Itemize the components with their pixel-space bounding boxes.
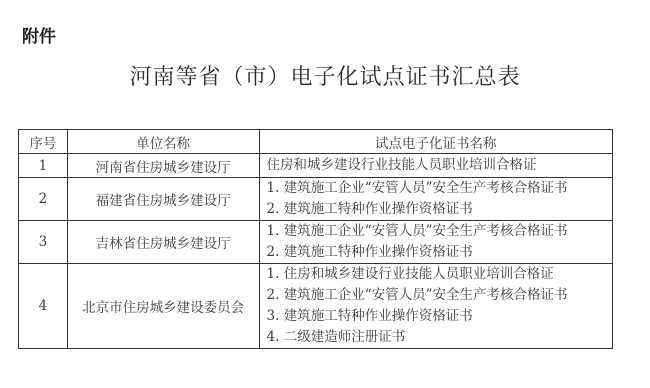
unit-name: 北京市住房城乡建设委员会: [67, 264, 259, 349]
certificate-item: 2. 建筑施工企业“安管人员”安全生产考核合格证书: [267, 285, 612, 306]
table-row: 4 北京市住房城乡建设委员会 1. 住房和城乡建设行业技能人员职业培训合格证 2…: [19, 264, 613, 349]
certificate-item: 3. 建筑施工特种作业操作资格证书: [267, 306, 612, 327]
header-serial-number: 序号: [19, 130, 68, 154]
table-row: 1 河南省住房城乡建设厅 住房和城乡建设行业技能人员职业培训合格证: [19, 154, 613, 178]
serial-number: 4: [19, 264, 68, 349]
table-header-row: 序号 单位名称 试点电子化证书名称: [19, 130, 613, 154]
header-certificate-name: 试点电子化证书名称: [259, 130, 612, 154]
certificate-item: 4. 二级建造师注册证书: [267, 327, 612, 348]
attachment-label: 附件: [22, 22, 56, 47]
table-row: 2 福建省住房城乡建设厅 1. 建筑施工企业“安管人员”安全生产考核合格证书 2…: [19, 178, 613, 221]
certificate-item: 1. 住房和城乡建设行业技能人员职业培训合格证: [267, 264, 612, 285]
certificate-summary-table: 序号 单位名称 试点电子化证书名称 1 河南省住房城乡建设厅 住房和城乡建设行业…: [18, 129, 613, 349]
serial-number: 3: [19, 221, 68, 264]
certificate-list: 1. 住房和城乡建设行业技能人员职业培训合格证 2. 建筑施工企业“安管人员”安…: [259, 264, 612, 349]
certificate-item: 2. 建筑施工特种作业操作资格证书: [267, 199, 612, 220]
unit-name: 福建省住房城乡建设厅: [67, 178, 259, 221]
header-unit-name: 单位名称: [67, 130, 259, 154]
unit-name: 河南省住房城乡建设厅: [67, 154, 259, 178]
document-title: 河南等省（市）电子化试点证书汇总表: [0, 60, 650, 91]
certificate-list: 1. 建筑施工企业“安管人员”安全生产考核合格证书 2. 建筑施工特种作业操作资…: [259, 178, 612, 221]
table-row: 3 吉林省住房城乡建设厅 1. 建筑施工企业“安管人员”安全生产考核合格证书 2…: [19, 221, 613, 264]
certificate-list: 住房和城乡建设行业技能人员职业培训合格证: [259, 154, 612, 178]
serial-number: 1: [19, 154, 68, 178]
unit-name: 吉林省住房城乡建设厅: [67, 221, 259, 264]
certificate-list: 1. 建筑施工企业“安管人员”安全生产考核合格证书 2. 建筑施工特种作业操作资…: [259, 221, 612, 264]
serial-number: 2: [19, 178, 68, 221]
certificate-item: 2. 建筑施工特种作业操作资格证书: [267, 242, 612, 263]
certificate-item: 住房和城乡建设行业技能人员职业培训合格证: [267, 155, 612, 176]
certificate-item: 1. 建筑施工企业“安管人员”安全生产考核合格证书: [267, 221, 612, 242]
certificate-item: 1. 建筑施工企业“安管人员”安全生产考核合格证书: [267, 178, 612, 199]
